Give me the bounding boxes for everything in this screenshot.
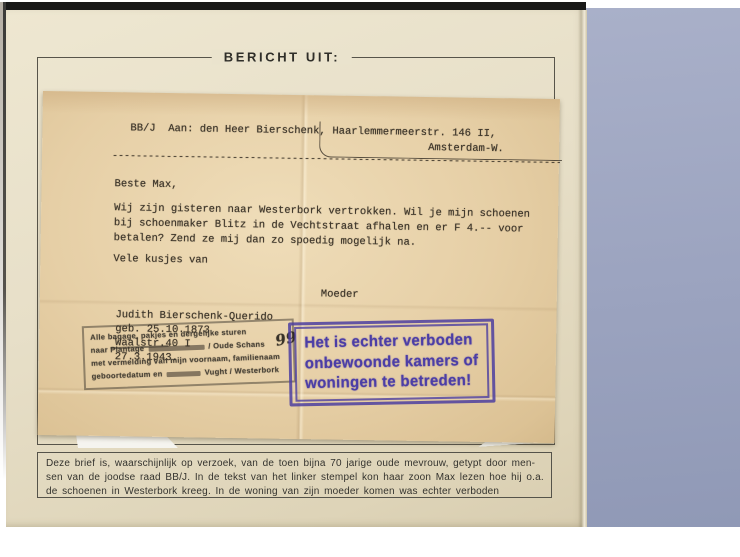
- prohibition-stamp-text: Het is echter verboden onbewoonde kamers…: [294, 323, 489, 402]
- letter-body: Wij zijn gisteren naar Westerbork vertro…: [114, 201, 531, 253]
- letter-closing: Vele kusjes van: [113, 252, 208, 269]
- letter-document: BB/J Aan: den Heer Bierschenk, Haarlemme…: [38, 91, 560, 443]
- salutation: Beste Max,: [114, 177, 177, 193]
- frame-title: BERICHT UIT:: [212, 50, 352, 65]
- caption-box: Deze brief is, waarschijnlijk op verzoek…: [37, 452, 552, 498]
- baggage-stamp-line4-right: Vught / Westerbork: [204, 363, 279, 379]
- signature: Moeder: [321, 287, 359, 303]
- album-page-right-edge: [578, 10, 587, 527]
- address-recipient: BB/J Aan: den Heer Bierschenk,: [130, 121, 326, 139]
- photo-top-edge: [6, 2, 586, 10]
- caption-line2: sen van de joodse raad BB/J. In de tekst…: [46, 471, 551, 485]
- address-street: Haarlemmermeerstr. 146 II,: [332, 125, 496, 143]
- caption-line1: Deze brief is, waarschijnlijk op verzoek…: [46, 457, 551, 471]
- prohibition-stamp: Het is echter verboden onbewoonde kamers…: [288, 319, 496, 407]
- photographed-album-page: BERICHT UIT: BB/J Aan: den Heer Biersche…: [0, 0, 740, 557]
- table-background: [586, 8, 740, 527]
- prohibition-line1: Het is echter verboden: [304, 330, 480, 354]
- caption-line3: de schoenen in Westerbork kreeg. In de w…: [46, 485, 551, 499]
- baggage-stamp-line4-left: geboortedatum en: [91, 367, 162, 383]
- baggage-instruction-stamp: Alle bagage, pakjes en dergelijke sturen…: [82, 318, 296, 390]
- prohibition-line3: woningen te betreden!: [305, 370, 481, 394]
- crossed-out-text-mark: [167, 371, 201, 377]
